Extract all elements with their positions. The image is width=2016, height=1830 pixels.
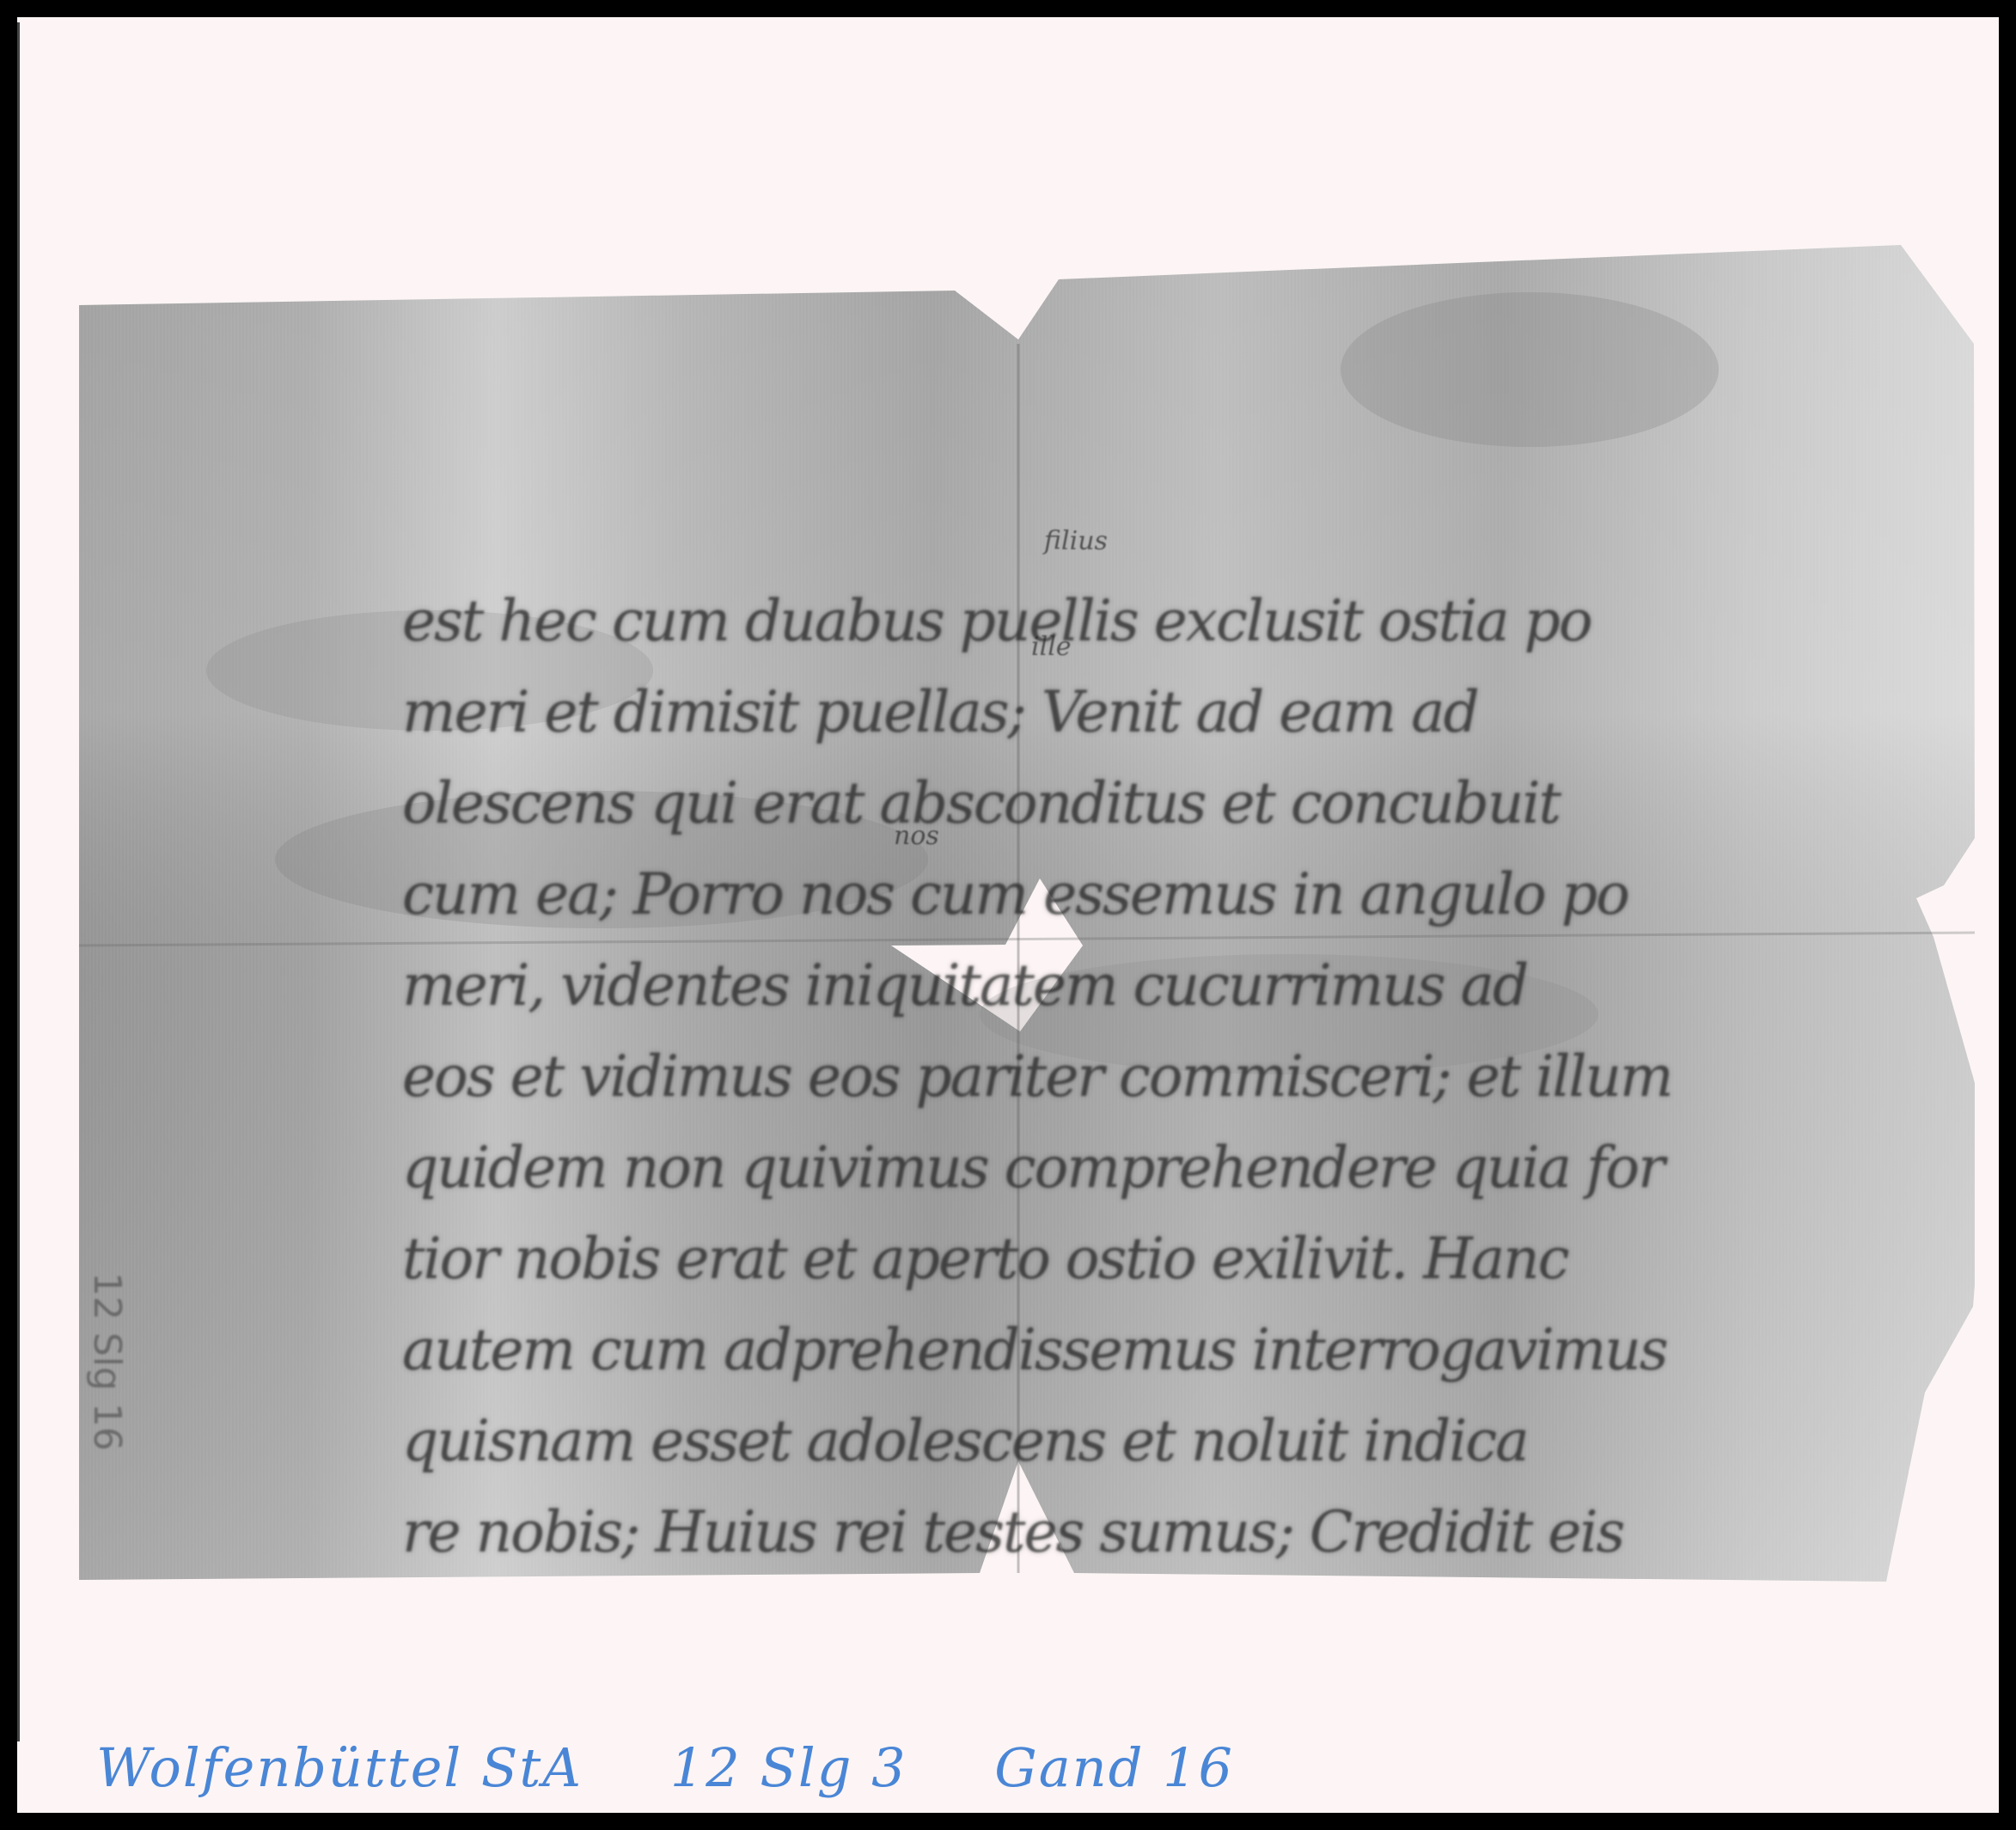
manuscript-text: est hec cum duabus puellis exclusit osti… xyxy=(402,563,1846,1565)
manuscript-line: quisnam esset adolescens et noluit indic… xyxy=(402,1383,1846,1474)
manuscript-line: olescens qui erat absconditus et concubu… xyxy=(402,745,1846,836)
caption-shelfmark: 12 Slg 3 xyxy=(670,1736,907,1799)
handwritten-caption: Wolfenbüttel StA 12 Slg 3 Gand 16 xyxy=(96,1736,1303,1799)
manuscript-line: eos et vidimus eos pariter commisceri; e… xyxy=(402,1019,1846,1110)
interlinear-gloss: filius xyxy=(1044,526,1108,556)
manuscript-line: re nobis; Huius rei testes sumus; Credid… xyxy=(402,1474,1846,1565)
manuscript-line: est hec cum duabus puellis exclusit osti… xyxy=(402,563,1846,654)
caption-archive: Wolfenbüttel StA xyxy=(96,1736,583,1799)
margin-shelfmark-note: 12 Slg 16 xyxy=(85,1272,129,1451)
manuscript-line: autem cum adprehendissemus interrogavimu… xyxy=(402,1292,1846,1383)
manuscript-line: meri et dimisit puellas; Venit ad eam ad xyxy=(402,654,1846,745)
manuscript-line: meri, videntes iniquitatem cucurrimus ad xyxy=(402,927,1846,1019)
caption-item: Gand 16 xyxy=(994,1736,1234,1799)
manuscript-line: cum ea; Porro nos cum essemus in angulo … xyxy=(402,836,1846,927)
manuscript-line: tior nobis erat et aperto ostio exilivit… xyxy=(402,1201,1846,1292)
manuscript-line: quidem non quivimus comprehendere quia f… xyxy=(402,1110,1846,1201)
